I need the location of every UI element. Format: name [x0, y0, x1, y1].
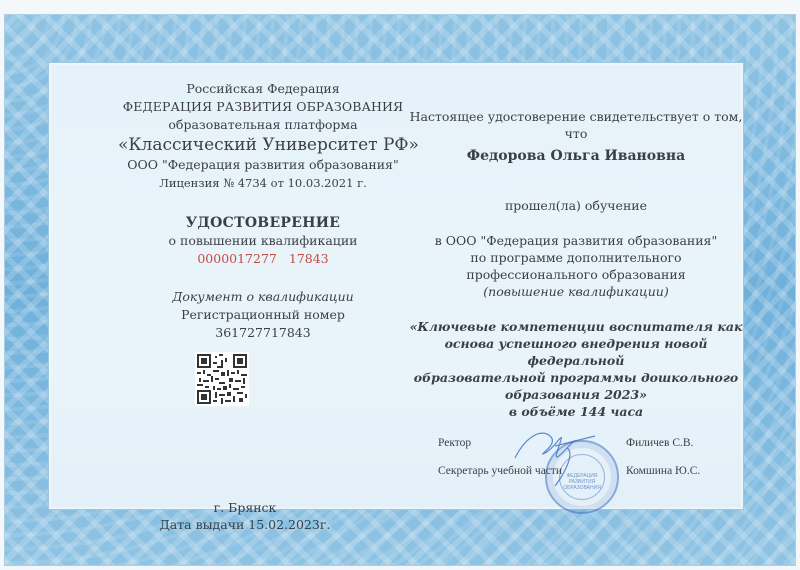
certificate-title: УДОСТОВЕРЕНИЕ	[118, 214, 408, 232]
issue-date: Дата выдачи 15.02.2023г.	[120, 517, 370, 532]
studied-label: прошел(ла) обучение	[398, 197, 754, 214]
issuer-block: Российская Федерация ФЕДЕРАЦИЯ РАЗВИТИЯ …	[118, 80, 408, 342]
course-title-line: «Ключевые компетенции воспитателя как	[398, 318, 754, 335]
course-title-line: образовательной программы дошкольного	[398, 369, 754, 386]
recipient-name: Федорова Ольга Ивановна	[398, 148, 754, 165]
intro-line-1: Настоящее удостоверение свидетельствует …	[398, 108, 754, 125]
course-title-line: образования 2023»	[398, 386, 754, 403]
license: Лицензия № 4734 от 10.03.2021 г.	[118, 174, 408, 192]
company-name: ООО "Федерация развития образования"	[118, 156, 408, 174]
country: Российская Федерация	[118, 80, 408, 98]
qr-code-icon[interactable]	[195, 352, 249, 406]
org-line: в ООО "Федерация развития образования"	[398, 232, 754, 249]
document-block: Документ о квалификации Регистрационный …	[118, 288, 408, 342]
certificate-series: 0000017277	[197, 251, 277, 266]
program-type: (повышение квалификации)	[398, 283, 754, 300]
platform-label: образовательная платформа	[118, 116, 408, 134]
intro-line-2: что	[398, 125, 754, 142]
certificate-sheet: Российская Федерация ФЕДЕРАЦИЯ РАЗВИТИЯ …	[0, 0, 800, 570]
course-hours: в объёме 144 часа	[398, 403, 754, 420]
course-title-line: основа успешного внедрения новой федерал…	[398, 335, 754, 369]
program-line-2: профессионального образования	[398, 266, 754, 283]
issue-city: г. Брянск	[150, 500, 340, 515]
certificate-subtitle: о повышении квалификации	[118, 232, 408, 250]
registration-label: Регистрационный номер	[118, 306, 408, 324]
certificate-number: 000001727717843	[118, 250, 408, 268]
recipient-block: Настоящее удостоверение свидетельствует …	[398, 108, 754, 420]
program-line-1: по программе дополнительного	[398, 249, 754, 266]
certificate-suffix: 17843	[289, 251, 329, 266]
registration-number: 361727717843	[118, 324, 408, 342]
document-label: Документ о квалификации	[118, 288, 408, 306]
course-title: «Ключевые компетенции воспитателя как ос…	[398, 318, 754, 403]
brand-name: «Классический Университет РФ»	[118, 134, 408, 156]
program-org-block: в ООО "Федерация развития образования" п…	[398, 232, 754, 300]
federation-name: ФЕДЕРАЦИЯ РАЗВИТИЯ ОБРАЗОВАНИЯ	[118, 98, 408, 116]
